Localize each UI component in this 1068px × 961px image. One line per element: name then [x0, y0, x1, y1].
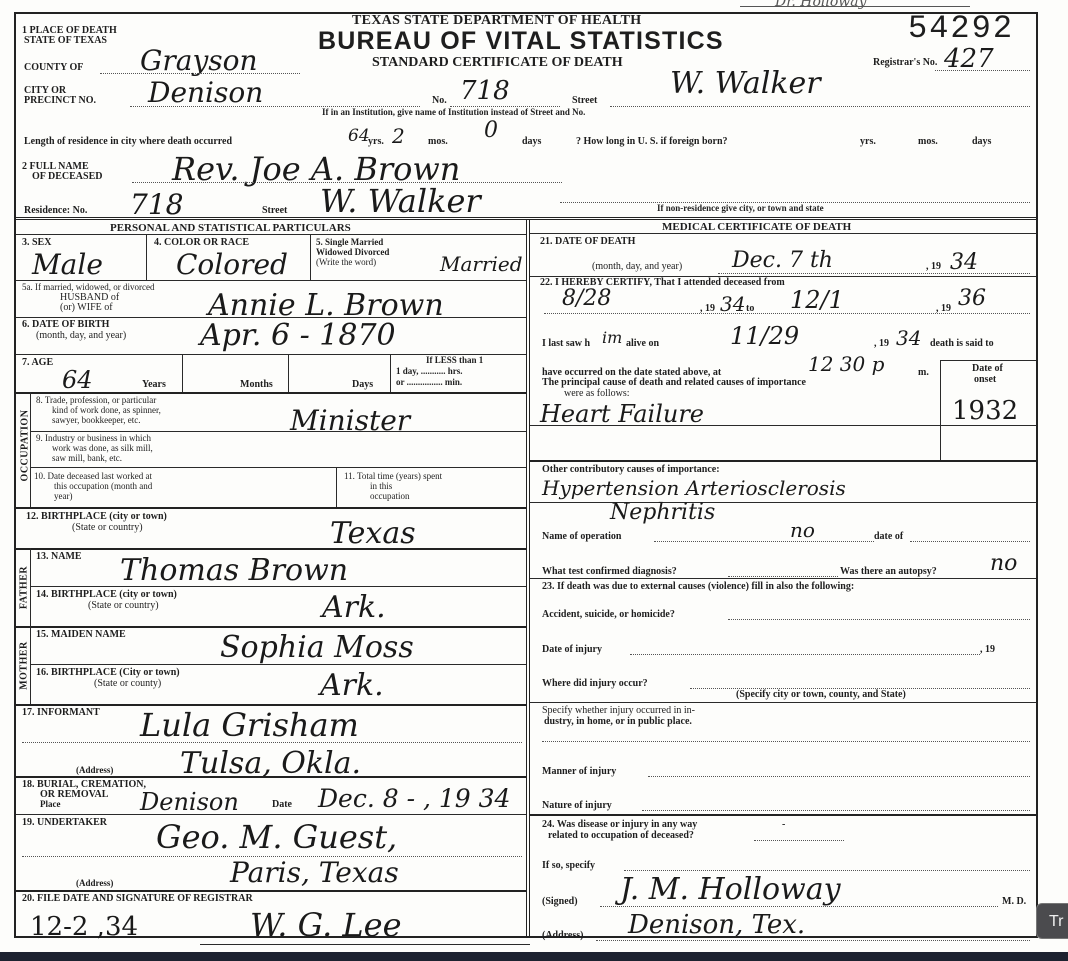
last-saw-him: im — [602, 328, 622, 347]
total-time-label-3: occupation — [370, 492, 410, 501]
occupation-related-line — [754, 840, 844, 841]
cause-label-2: were as follows: — [564, 389, 630, 399]
last-saw-year-prefix: , 19 — [874, 339, 889, 349]
contributory-value-2: Nephritis — [610, 500, 715, 525]
mother-maiden-value: Sophia Moss — [220, 630, 414, 665]
injury-date-label: Date of injury — [542, 645, 602, 655]
burial-place-value: Denison — [140, 788, 239, 816]
less-label-3: or ................ min. — [396, 378, 462, 387]
less-label-2: 1 day, ........... hrs. — [396, 367, 463, 376]
said-to-label: death is said to — [930, 339, 994, 349]
rule — [530, 233, 1036, 234]
father-name-value: Thomas Brown — [120, 553, 348, 588]
physician-address-value: Denison, Tex. — [628, 910, 805, 940]
father-birthplace-label-1: 14. BIRTHPLACE (city or town) — [36, 590, 177, 600]
nature-line — [642, 810, 1030, 811]
residence-no-label: Residence: No. — [24, 206, 87, 216]
test-line — [728, 576, 838, 577]
column-divider — [526, 220, 530, 938]
attended-from: 8/28 — [562, 286, 611, 311]
contributory-value-1: Hypertension Arteriosclerosis — [542, 476, 846, 500]
nature-label: Nature of injury — [542, 801, 612, 811]
operation-line — [654, 541, 874, 542]
race-value: Colored — [176, 248, 288, 281]
rule — [530, 702, 1036, 703]
rule — [390, 354, 391, 392]
certificate-number: 54292 — [908, 10, 1014, 47]
rule — [940, 360, 941, 460]
industry-label-1: 9. Industry or business in which — [36, 434, 151, 443]
injury-where-sub: (Specify city or town, county, and State… — [736, 690, 906, 700]
autopsy-label: Was there an autopsy? — [840, 567, 937, 577]
dod-label: 21. DATE OF DEATH — [540, 237, 635, 247]
injury-date-line — [630, 654, 980, 655]
industry-label-3: saw mill, bank, etc. — [52, 454, 122, 463]
marital-label-3: (Write the word) — [316, 258, 376, 267]
attended-to: 12/1 — [790, 286, 844, 314]
time-value: 12 30 p — [808, 352, 884, 376]
foreign-days-label: days — [972, 137, 991, 147]
mother-birthplace-label-1: 16. BIRTHPLACE (City or town) — [36, 668, 180, 678]
physician-address-label: (Address) — [542, 931, 583, 941]
burial-date-label: Date — [272, 800, 292, 810]
last-saw-label-2: alive on — [626, 339, 659, 349]
undertaker-address-label: (Address) — [76, 879, 113, 888]
rule — [16, 776, 526, 778]
father-birthplace-label-2: (State or country) — [88, 601, 159, 611]
total-time-label-1: 11. Total time (years) spent — [344, 472, 442, 481]
viewer-tooltip[interactable]: Tr — [1036, 903, 1068, 939]
city-value: Denison — [148, 76, 263, 109]
registrar-signature: W. G. Lee — [250, 906, 402, 944]
dod-year-prefix: , 19 — [926, 262, 941, 272]
rule — [16, 890, 526, 892]
injury-place-label-1: Specify whether injury occurred in in- — [542, 706, 695, 716]
sex-value: Male — [32, 248, 103, 281]
date-of-label: date of — [874, 532, 903, 542]
burial-place-label: Place — [40, 800, 61, 809]
spouse-label-1: 5a. If married, widowed, or divorced — [22, 283, 154, 292]
marital-status-value: Married — [440, 252, 523, 276]
md-label: M. D. — [1002, 897, 1026, 907]
registrar-label: 20. FILE DATE AND SIGNATURE OF REGISTRAR — [22, 894, 253, 904]
manner-line — [648, 776, 1030, 777]
signed-line — [600, 906, 998, 907]
rule — [146, 234, 147, 280]
non-residence-note: If non-residence give city, or town and … — [657, 204, 824, 213]
spouse-label-3: (or) WIFE of — [60, 303, 113, 313]
informant-name-value: Lula Grisham — [140, 706, 359, 744]
date-of-line — [910, 541, 1030, 542]
birthplace-label-2: (State or country) — [72, 523, 143, 533]
street-value: W. Walker — [670, 66, 821, 101]
rule — [310, 234, 311, 280]
margin-note: Dr. Holloway — [775, 0, 867, 10]
operation-value: no — [790, 518, 815, 542]
dod-sub-label: (month, day, and year) — [592, 262, 682, 272]
dob-value: Apr. 6 - 1870 — [200, 318, 396, 353]
last-saw-year: 34 — [896, 326, 921, 350]
last-worked-label-2: this occupation (month and — [54, 482, 152, 491]
foreign-born-label: ? How long in U. S. if foreign born? — [576, 137, 728, 147]
rule — [16, 280, 526, 281]
onset-value: 1932 — [952, 396, 1018, 426]
father-vertical-label: FATHER — [19, 558, 30, 618]
institution-note: If in an Institution, give name of Insti… — [322, 108, 585, 117]
trade-label-1: 8. Trade, profession, or particular — [36, 396, 156, 405]
principal-cause-value: Heart Failure — [540, 400, 704, 428]
marital-label-2: Widowed Divorced — [316, 248, 389, 257]
no-label: No. — [432, 96, 447, 106]
injury-place-label-2: dustry, in home, or in public place. — [544, 717, 692, 727]
accident-label: Accident, suicide, or homicide? — [542, 610, 675, 620]
residence-years-label: yrs. — [368, 137, 384, 147]
m-label: m. — [918, 368, 929, 378]
age-days-label: Days — [352, 380, 373, 390]
residence-years: 64 — [348, 126, 370, 146]
residence-months: 2 — [392, 124, 405, 148]
attended-line — [544, 313, 1030, 314]
rule — [30, 586, 526, 587]
accident-line — [728, 619, 1030, 620]
informant-address-label: (Address) — [76, 766, 113, 775]
mother-vertical-label: MOTHER — [19, 636, 30, 696]
rule — [288, 354, 289, 392]
age-years-label: Years — [142, 380, 166, 390]
rule — [530, 460, 1036, 462]
rule — [530, 814, 1036, 816]
last-worked-label-1: 10. Date deceased last worked at — [34, 472, 152, 481]
dod-line — [718, 273, 1030, 274]
contributory-label: Other contributory causes of importance: — [542, 465, 720, 475]
occupation-related-value: - — [782, 820, 785, 830]
medical-section-title: MEDICAL CERTIFICATE OF DEATH — [662, 222, 851, 232]
no-value: 718 — [460, 76, 510, 106]
trade-label-2: kind of work done, as spinner, — [52, 406, 161, 415]
industry-label-2: work was done, as silk mill, — [52, 444, 153, 453]
mother-birthplace-value: Ark. — [320, 668, 384, 703]
street-label: Street — [572, 96, 597, 106]
margin-note-underline — [740, 6, 970, 7]
dod-value: Dec. 7 th — [732, 248, 833, 273]
rule — [16, 814, 526, 815]
residence-days-label: days — [522, 137, 541, 147]
age-years-value: 64 — [62, 366, 93, 394]
viewer-bottom-bar — [0, 952, 1068, 961]
physician-signature: J. M. Holloway — [620, 872, 841, 907]
foreign-mos-label: mos. — [918, 137, 938, 147]
rule — [30, 548, 31, 626]
rule — [16, 626, 526, 628]
undertaker-name-value: Geo. M. Guest, — [156, 818, 397, 856]
operation-label: Name of operation — [542, 532, 621, 542]
rule — [30, 664, 526, 665]
county-line — [100, 73, 300, 74]
marital-label-1: 5. Single Married — [316, 238, 383, 247]
informant-line — [22, 742, 522, 743]
rule — [16, 548, 526, 550]
injury-place-line — [542, 741, 1030, 742]
dod-year: 34 — [950, 250, 978, 275]
rule — [530, 425, 1036, 426]
last-saw-date: 11/29 — [730, 322, 799, 350]
age-label: 7. AGE — [22, 358, 53, 368]
rule — [30, 431, 526, 432]
sex-label: 3. SEX — [22, 238, 51, 248]
rule — [30, 467, 526, 468]
address-line — [596, 940, 1030, 941]
occupation-related-label-1: 24. Was disease or injury in any way — [542, 820, 697, 830]
rule — [182, 354, 183, 392]
trade-value: Minister — [290, 404, 410, 437]
less-label-1: If LESS than 1 — [426, 356, 483, 365]
rule — [16, 392, 526, 394]
full-name-label-2: OF DECEASED — [32, 172, 102, 182]
race-label: 4. COLOR OR RACE — [154, 238, 249, 248]
state-of-texas-label: STATE OF TEXAS — [24, 36, 107, 46]
certificate-type: STANDARD CERTIFICATE OF DEATH — [372, 55, 623, 71]
residence-street-label: Street — [262, 206, 287, 216]
registrar-no-label: Registrar's No. — [873, 58, 937, 68]
residence-days: 0 — [484, 118, 498, 143]
county-label: COUNTY OF — [24, 63, 83, 73]
street-line — [610, 106, 1030, 107]
injury-year-label: , 19 — [980, 645, 995, 655]
mother-maiden-label: 15. MAIDEN NAME — [36, 630, 126, 640]
onset-label-2: onset — [974, 375, 996, 385]
residence-street-value: W. Walker — [320, 182, 481, 220]
cause-label-1: The principal cause of death and related… — [542, 378, 806, 388]
father-name-label: 13. NAME — [36, 552, 82, 562]
undertaker-address-value: Paris, Texas — [230, 856, 399, 889]
attended-to-year: 36 — [958, 286, 986, 311]
father-birthplace-value: Ark. — [322, 590, 386, 625]
rule — [16, 234, 526, 235]
rule — [16, 507, 526, 509]
rule — [940, 360, 1036, 361]
signed-label: (Signed) — [542, 897, 578, 907]
occupation-vertical-label: OCCUPATION — [20, 406, 31, 486]
dob-label-2: (month, day, and year) — [36, 331, 126, 341]
test-label: What test confirmed diagnosis? — [542, 567, 677, 577]
total-time-label-2: in this — [370, 482, 392, 491]
informant-label: 17. INFORMANT — [22, 708, 100, 718]
birthplace-label-1: 12. BIRTHPLACE (city or town) — [26, 512, 167, 522]
burial-date-value: Dec. 8 - , 19 34 — [318, 784, 510, 813]
birthplace-value: Texas — [330, 516, 416, 551]
last-saw-label-1: I last saw h — [542, 339, 590, 349]
residence-length-label: Length of residence in city where death … — [24, 137, 232, 147]
mother-birthplace-label-2: (State or county) — [94, 679, 161, 689]
rule — [336, 467, 337, 507]
rule — [30, 626, 31, 704]
personal-section-title: PERSONAL AND STATISTICAL PARTICULARS — [110, 223, 351, 233]
residence-months-label: mos. — [428, 137, 448, 147]
trade-label-3: sawyer, bookkeeper, etc. — [52, 416, 141, 425]
registrar-underline — [200, 944, 530, 945]
onset-label-1: Date of — [972, 364, 1003, 374]
rule — [530, 502, 1036, 503]
registrar-file-date: 12-2 ,34 — [30, 912, 138, 942]
occupation-related-label-2: related to occupation of deceased? — [548, 831, 694, 841]
dob-label-1: 6. DATE OF BIRTH — [22, 320, 109, 330]
city-label-2: PRECINCT NO. — [24, 96, 96, 106]
specify-label: If so, specify — [542, 861, 595, 871]
external-label: 23. If death was due to external causes … — [542, 582, 854, 592]
specify-line — [624, 870, 1030, 871]
age-months-label: Months — [240, 380, 273, 390]
injury-where-label: Where did injury occur? — [542, 679, 648, 689]
registrar-no-line — [935, 70, 1030, 71]
foreign-yrs-label: yrs. — [860, 137, 876, 147]
autopsy-value: no — [990, 551, 1017, 576]
last-worked-label-3: year) — [54, 492, 72, 501]
bureau-title: BUREAU OF VITAL STATISTICS — [318, 27, 724, 56]
rule — [530, 578, 1036, 579]
undertaker-label: 19. UNDERTAKER — [22, 818, 107, 828]
manner-label: Manner of injury — [542, 767, 616, 777]
